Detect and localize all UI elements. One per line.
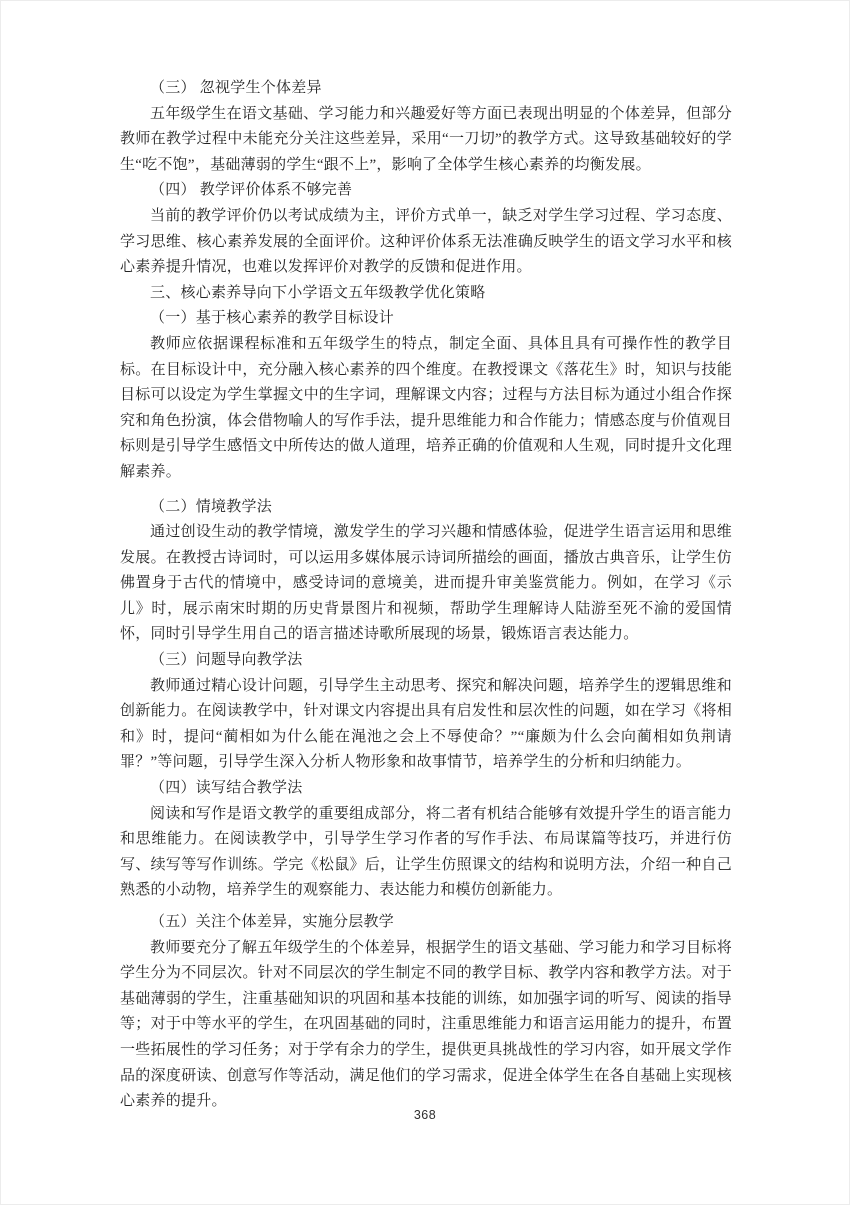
subheading-3-ignore-individual-differences: （三） 忽视学生个体差异 <box>120 76 732 102</box>
subheading-3-problem-oriented-teaching: （三）问题导向教学法 <box>120 648 732 674</box>
document-body: （三） 忽视学生个体差异 五年级学生在语文基础、学习能力和兴趣爱好等方面已表现出… <box>120 76 732 1115</box>
body-paragraph: 通过创设生动的教学情境，激发学生的学习兴趣和情感体验，促进学生语言运用和思维发展… <box>120 520 732 648</box>
subheading-4-reading-writing-combination: （四）读写结合教学法 <box>120 776 732 802</box>
document-page: （三） 忽视学生个体差异 五年级学生在语文基础、学习能力和兴趣爱好等方面已表现出… <box>0 0 850 1205</box>
body-paragraph: 阅读和写作是语文教学的重要组成部分，将二者有机结合能够有效提升学生的语言能力和思… <box>120 802 732 904</box>
subheading-5-layered-teaching: （五）关注个体差异，实施分层教学 <box>120 910 732 936</box>
page-footer: 368 <box>0 1108 850 1122</box>
subheading-1-teaching-goal-design: （一）基于核心素养的教学目标设计 <box>120 306 732 332</box>
chapter-heading-optimization-strategies: 三、核心素养导向下小学语文五年级教学优化策略 <box>120 281 732 307</box>
subheading-4-evaluation-system-incomplete: （四） 教学评价体系不够完善 <box>120 178 732 204</box>
page-number: 368 <box>414 1108 436 1122</box>
body-paragraph: 教师通过精心设计问题，引导学生主动思考、探究和解决问题，培养学生的逻辑思维和创新… <box>120 674 732 776</box>
subheading-2-situational-teaching: （二）情境教学法 <box>120 495 732 521</box>
body-paragraph: 五年级学生在语文基础、学习能力和兴趣爱好等方面已表现出明显的个体差异，但部分教师… <box>120 102 732 179</box>
body-paragraph: 教师应依据课程标准和五年级学生的特点，制定全面、具体且具有可操作性的教学目标。在… <box>120 332 732 486</box>
body-paragraph: 当前的教学评价仍以考试成绩为主，评价方式单一，缺乏对学生学习过程、学习态度、学习… <box>120 204 732 281</box>
body-paragraph: 教师要充分了解五年级学生的个体差异，根据学生的语文基础、学习能力和学习目标将学生… <box>120 936 732 1115</box>
